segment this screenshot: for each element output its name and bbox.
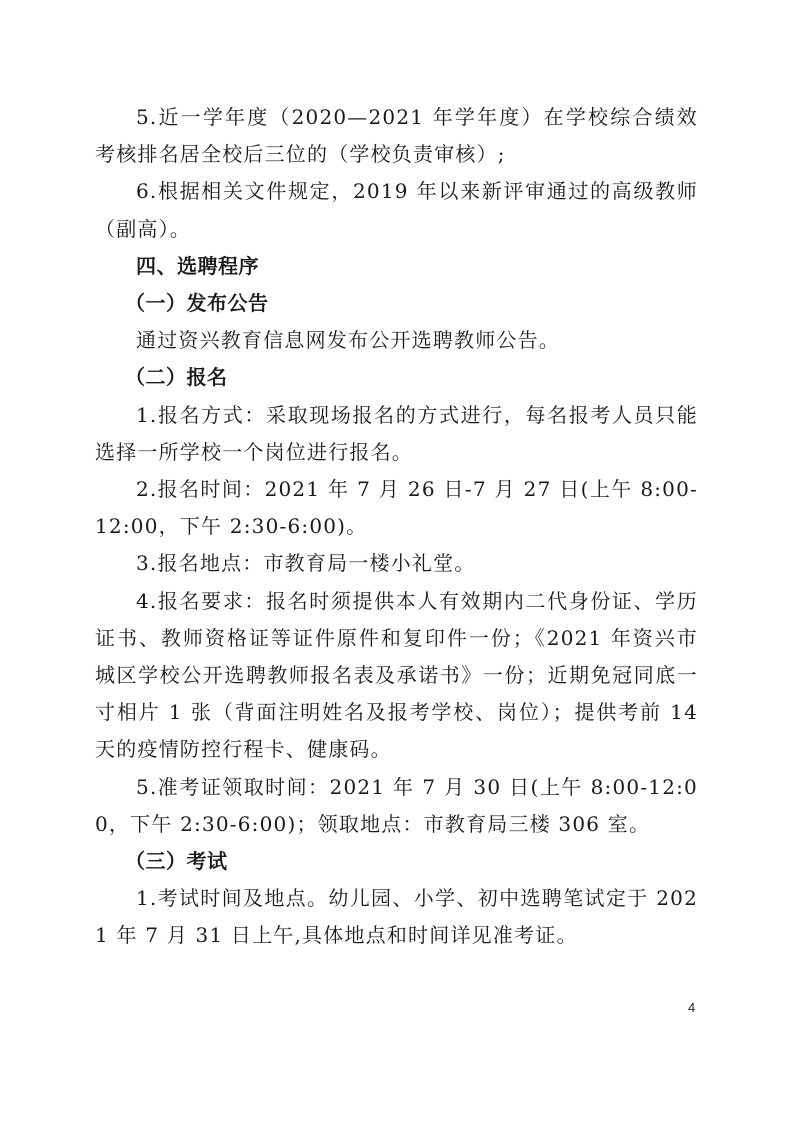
document-page: 5.近一学年度（2020—2021 年学年度）在学校综合绩效考核排名居全校后三位… xyxy=(95,99,698,955)
paragraph-criterion-6: 6.根据相关文件规定，2019 年以来新评审通过的高级教师（副高）。 xyxy=(95,173,698,247)
paragraph-exam-time-location: 1.考试时间及地点。幼儿园、小学、初中选聘笔试定于 2021 年 7 月 31 … xyxy=(95,880,698,954)
paragraph-registration-time: 2.报名时间：2021 年 7 月 26 日-7 月 27 日(上午 8:00-… xyxy=(95,471,698,545)
subsection-heading-announcement: （一）发布公告 xyxy=(95,285,698,322)
paragraph-registration-method: 1.报名方式：采取现场报名的方式进行，每名报考人员只能选择一所学校一个岗位进行报… xyxy=(95,397,698,471)
subsection-heading-registration: （二）报名 xyxy=(95,359,698,396)
paragraph-announcement: 通过资兴教育信息网发布公开选聘教师公告。 xyxy=(95,322,698,359)
section-heading-selection-procedure: 四、选聘程序 xyxy=(95,248,698,285)
subsection-heading-exam: （三）考试 xyxy=(95,843,698,880)
paragraph-admission-ticket: 5.准考证领取时间：2021 年 7 月 30 日(上午 8:00-12:00，… xyxy=(95,769,698,843)
paragraph-registration-location: 3.报名地点：市教育局一楼小礼堂。 xyxy=(95,545,698,582)
paragraph-registration-requirements: 4.报名要求：报名时须提供本人有效期内二代身份证、学历证书、教师资格证等证件原件… xyxy=(95,583,698,769)
paragraph-criterion-5: 5.近一学年度（2020—2021 年学年度）在学校综合绩效考核排名居全校后三位… xyxy=(95,99,698,173)
page-number: 4 xyxy=(688,1000,695,1015)
